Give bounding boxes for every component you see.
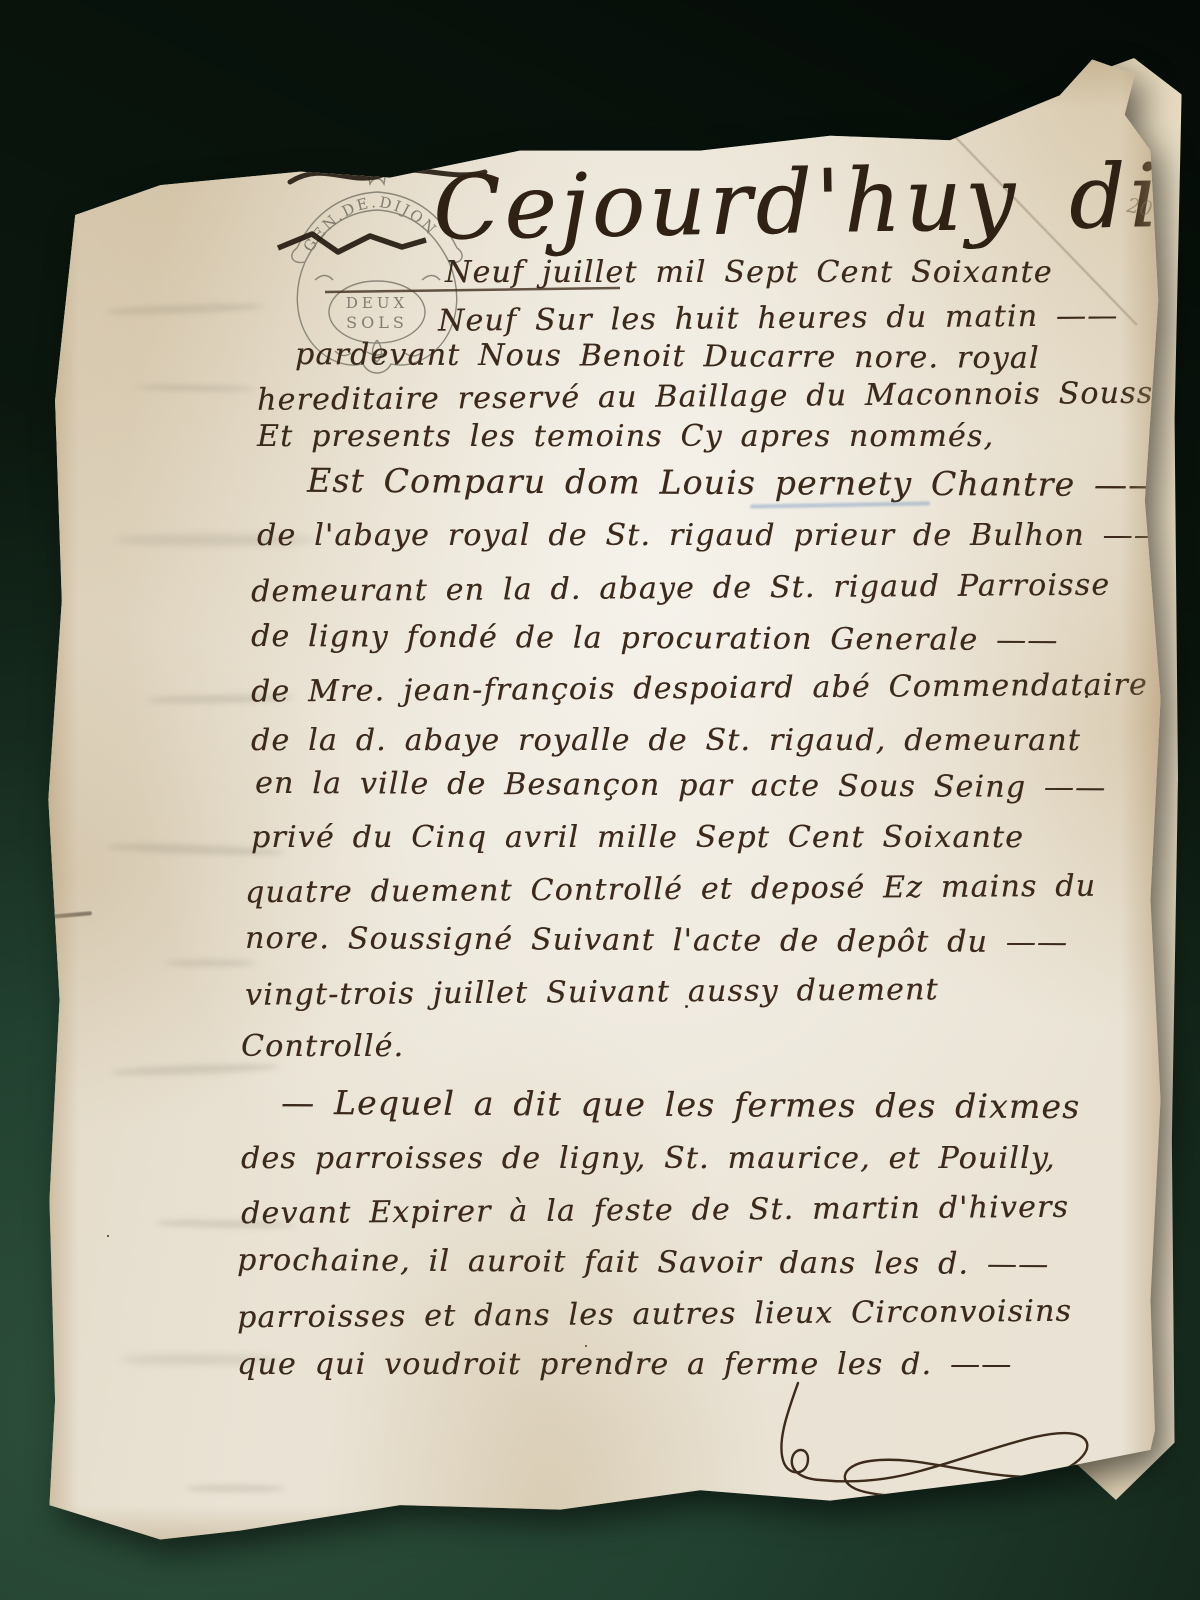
manuscript-line: Et presents les temoins Cy apres nommés, (257, 419, 994, 454)
ghost-bleedthrough (185, 1485, 285, 1492)
manuscript-line: nore. Soussigné Suivant l'acte de depôt … (245, 921, 1068, 960)
manuscript-line: des parroisses de ligny, St. maurice, et… (241, 1141, 1056, 1176)
manuscript-line: parroisses et dans les autres lieux Circ… (237, 1294, 1072, 1336)
manuscript-line: demeurant en la d. abaye de St. rigaud P… (251, 568, 1110, 610)
ghost-bleedthrough (110, 1062, 280, 1077)
manuscript-line: devant Expirer à la feste de St. martin … (241, 1190, 1069, 1232)
manuscript-line: hereditaire reservé au Baillage du Macon… (257, 375, 1200, 418)
manuscript-line: de ligny fondé de la procuration General… (251, 619, 1059, 658)
heading-line: Cejourd'huy dix (432, 143, 1200, 260)
ink-speck (107, 1235, 109, 1237)
manuscript-line: vingt-trois juillet Suivant aussy duemen… (245, 972, 939, 1012)
manuscript-line: — Lequel a dit que les fermes des dixmes (281, 1083, 1080, 1126)
edge-mark: 20 (1125, 193, 1154, 221)
manuscript-line: Neuf juillet mil Sept Cent Soixante (445, 255, 1053, 290)
ghost-bleedthrough (165, 960, 255, 966)
manuscript-line: prochaine, il auroit fait Savoir dans le… (237, 1243, 1049, 1282)
blue-pencil-mark (750, 501, 930, 508)
manuscript-line: Est Comparu dom Louis pernety Chantre —— (307, 461, 1163, 504)
manuscript-paper: GEN.DE.DIJON DEUX SOLS Cejourd'huy dix N… (45, 55, 1165, 1550)
signature-paraph (680, 1377, 1110, 1507)
ink-squiggle (278, 234, 426, 252)
margin-ink-dash (50, 911, 92, 919)
manuscript-line: Neuf Sur les huit heures du matin —— (438, 298, 1119, 338)
manuscript-line: quatre duement Controllé et deposé Ez ma… (245, 869, 1096, 911)
photo: { "colors": { "backdrop_green": "#1e3a2a… (0, 0, 1200, 1600)
paraph-underline (740, 1501, 798, 1503)
manuscript-line: pardevant Nous Benoit Ducarre nore. roya… (295, 337, 1040, 376)
manuscript-line: de Mre. jean-françois despoiard abé Comm… (251, 667, 1148, 709)
manuscript-line: Controllé. (241, 1029, 404, 1064)
paraph-stroke (781, 1383, 1098, 1496)
paper-shadow-wrap: GEN.DE.DIJON DEUX SOLS Cejourd'huy dix N… (0, 0, 1200, 1600)
manuscript-line: de la d. abaye royalle de St. rigaud, de… (251, 723, 1081, 758)
manuscript-line: privé du Cinq avril mille Sept Cent Soix… (251, 820, 1024, 855)
manuscript-line: de l'abaye royal de St. rigaud prieur de… (257, 518, 1165, 553)
manuscript-line: en la ville de Besançon par acte Sous Se… (255, 766, 1106, 805)
